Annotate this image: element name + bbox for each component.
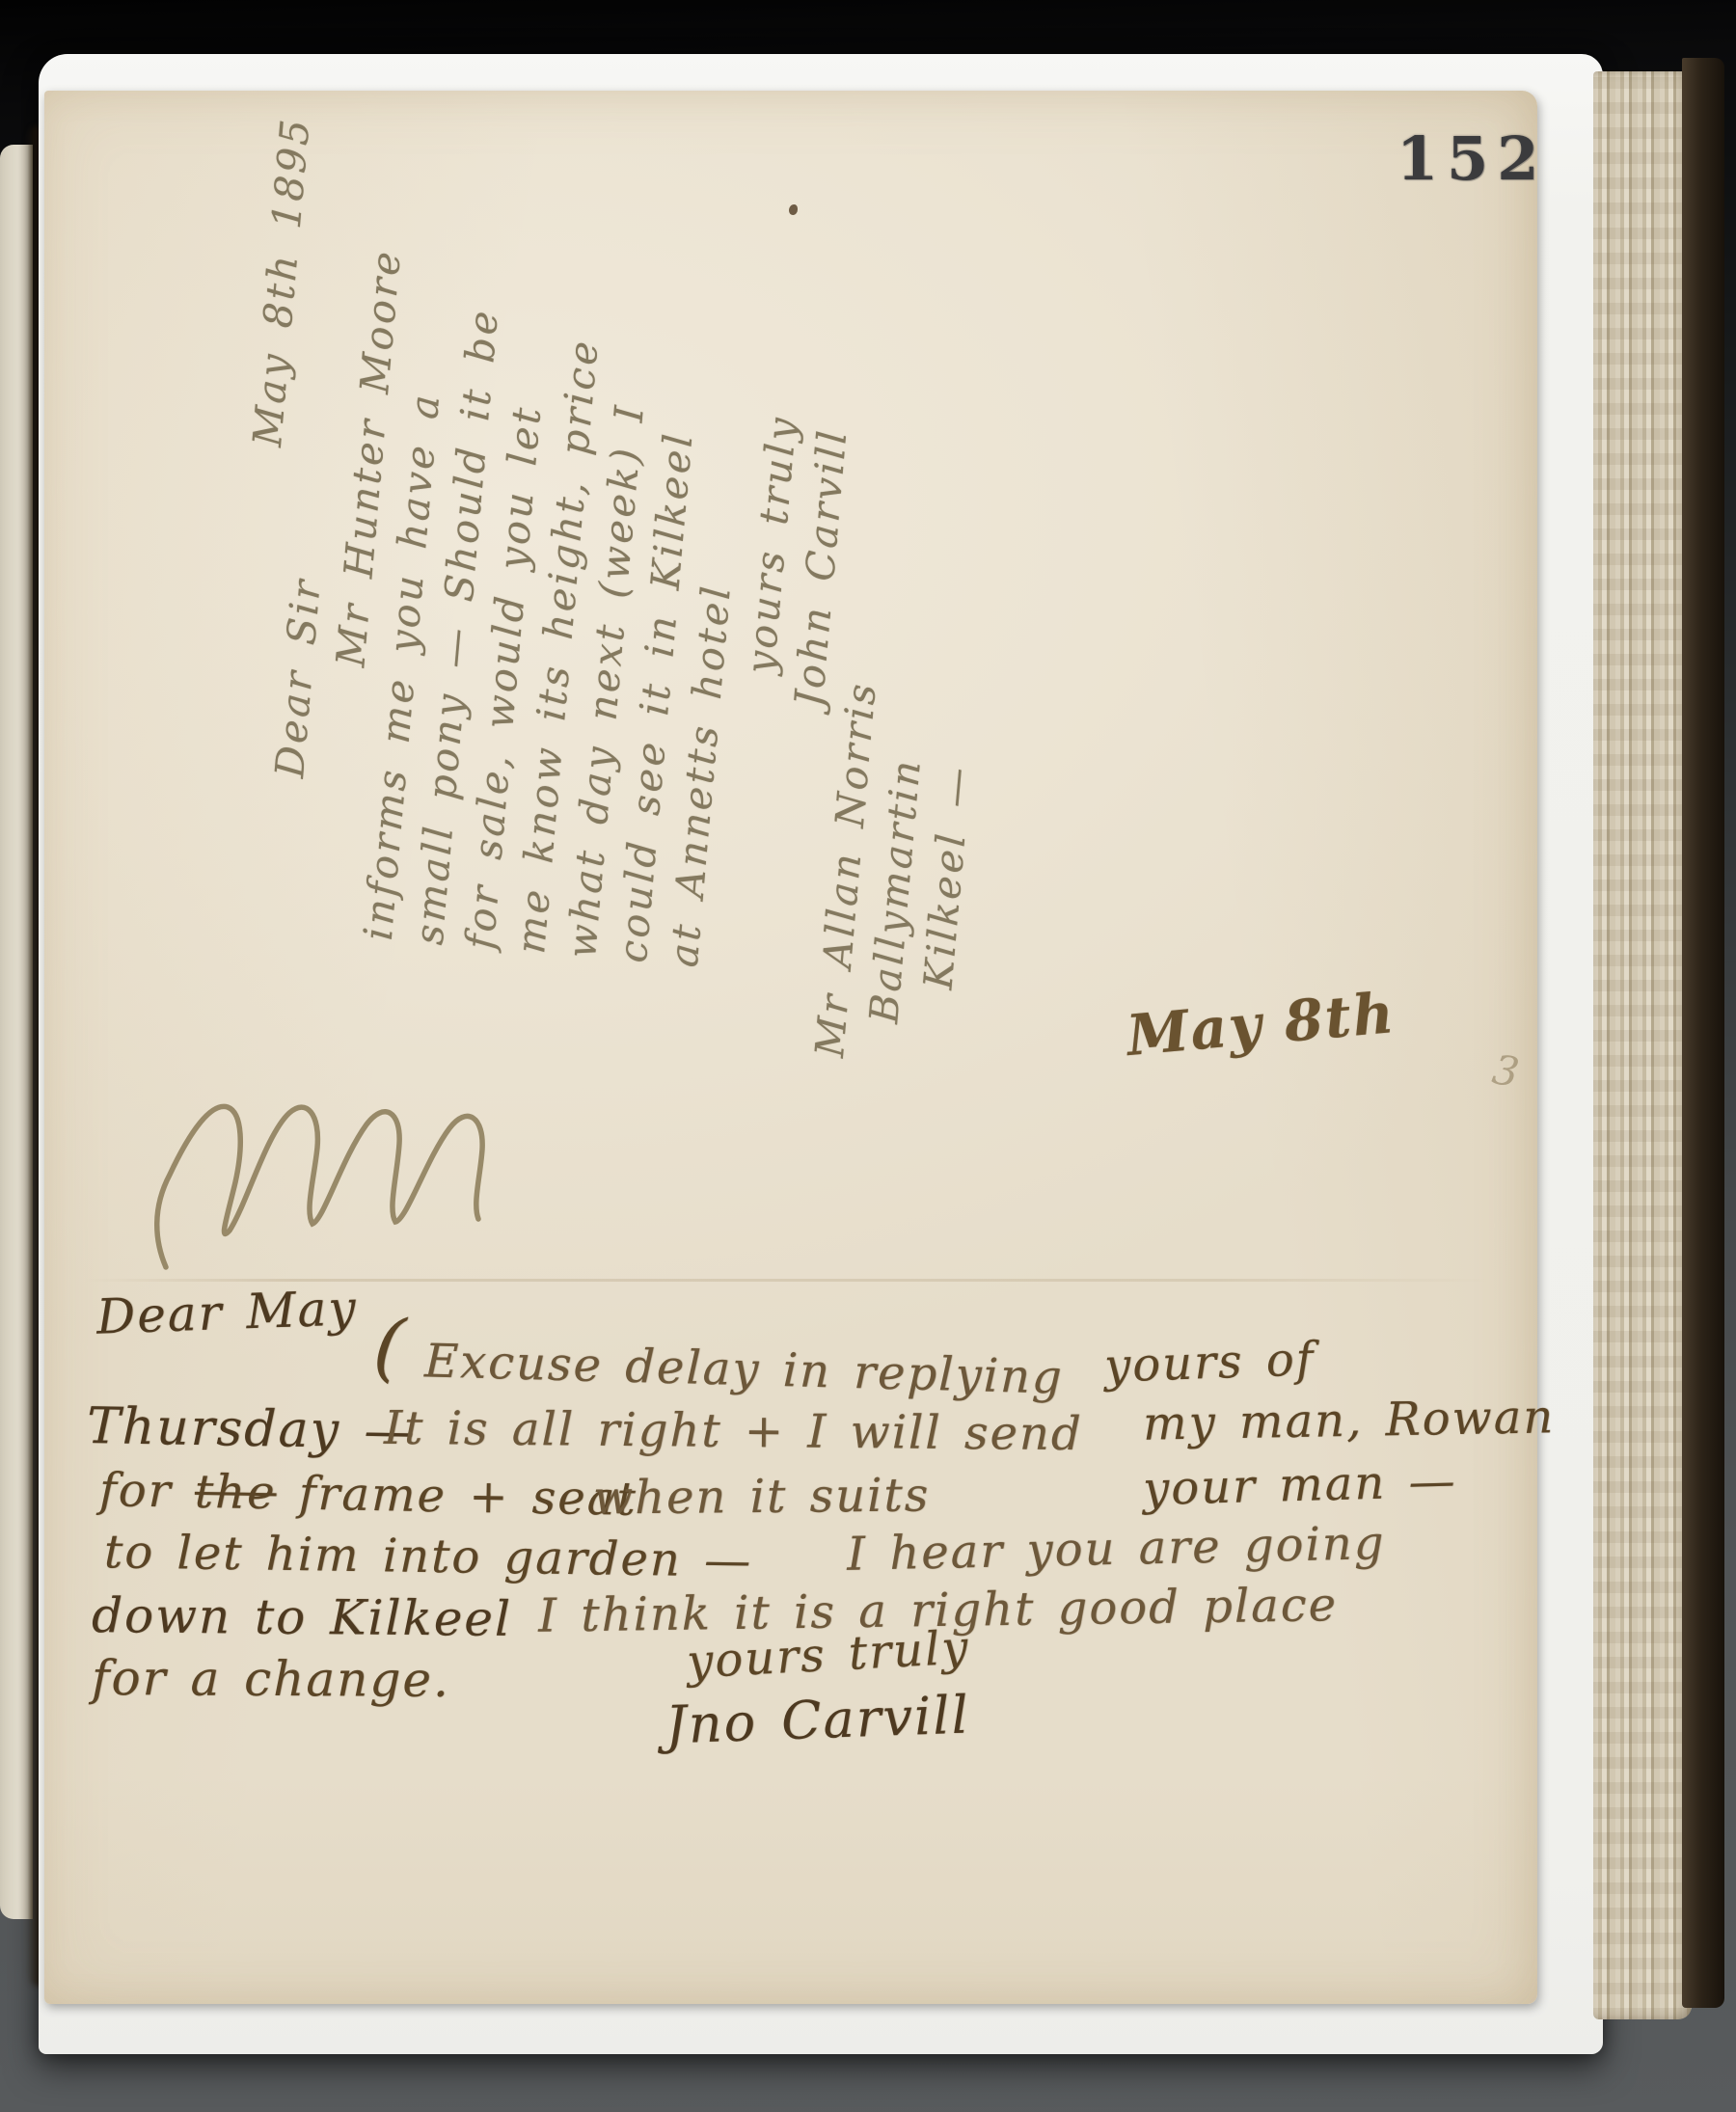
ink-letter-line: to let him into garden — (104, 1525, 753, 1587)
ink-letter-line: my man, Rowan (1143, 1390, 1556, 1450)
ink-letter-line: yours of (1103, 1332, 1316, 1394)
ink-letter-salutation: Dear May (95, 1280, 358, 1344)
pen-squiggle (152, 1067, 509, 1274)
right-page-stack-edges (1593, 71, 1692, 2019)
ink-letter-line: I hear you are going (846, 1516, 1385, 1582)
book-cover-edge (1682, 58, 1724, 2008)
ink-letter-signature: Jno Carvill (665, 1685, 971, 1756)
page-number-stamp: 152 (1397, 123, 1547, 194)
word: frame + seat (276, 1466, 637, 1527)
word: for (99, 1463, 196, 1519)
ink-letter-line: when it suits (593, 1468, 931, 1525)
ink-letter-line: down to Kilkeel (92, 1587, 512, 1647)
ink-letter-line: for a change. (92, 1650, 450, 1708)
ink-letter-line: for the frame + seat (99, 1463, 638, 1527)
letterbook-scan: 152 May 8th 1895 Dear Sir Mr Hunter Moor… (0, 0, 1736, 2112)
struck-word: the (194, 1465, 277, 1520)
pencil-letter-rotated: May 8th 1895 Dear Sir Mr Hunter Moore in… (199, 98, 1037, 1011)
ink-letter-line: It is all right + I will send (384, 1401, 1083, 1461)
ink-letter-line: Thursday — (87, 1397, 417, 1461)
ink-letter-line: your man — (1142, 1454, 1457, 1516)
